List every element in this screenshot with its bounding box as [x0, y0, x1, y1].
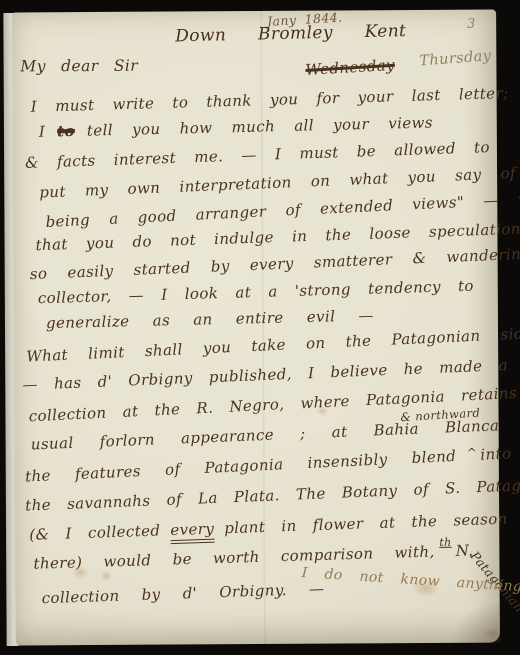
letter-paper: Jany 1844. 3 Down Bromley Kent My dear S…	[12, 10, 500, 646]
body-line-18: collection by d' Orbigny. —	[41, 582, 324, 607]
photograph-frame: Jany 1844. 3 Down Bromley Kent My dear S…	[0, 0, 520, 655]
body-line-3: & facts interest me. — I must be allowed…	[25, 140, 490, 171]
body-line-2: Itotell you how much all your views	[39, 115, 433, 139]
foxing-stain	[99, 571, 112, 581]
body-line-16-start: (& I collected	[29, 521, 161, 543]
struck-day-wednesday: Wednesday	[305, 58, 395, 78]
pencil-day-thursday: Thursday	[419, 49, 492, 69]
body-line-9: generalize as an entire evil —	[46, 308, 374, 331]
body-line-8: collector, — I look at a 'strong tendenc…	[38, 279, 474, 307]
body-line-15: the savannahs of La Plata. The Botany of…	[25, 477, 520, 514]
address-line: Down Bromley Kent	[175, 23, 406, 45]
salutation: My dear Sir	[20, 59, 138, 75]
body-line-16-rest: plant in flower at the season when	[224, 508, 520, 538]
body-line-17: there) would be worth comparison with, N…	[33, 543, 473, 571]
underlined-word-every: every	[170, 520, 215, 544]
page-number: 3	[467, 18, 476, 31]
body-line-2-start: I	[39, 123, 46, 141]
struck-word-to: to	[57, 122, 75, 140]
body-line-1: I must write to thank you for your last …	[30, 86, 508, 115]
